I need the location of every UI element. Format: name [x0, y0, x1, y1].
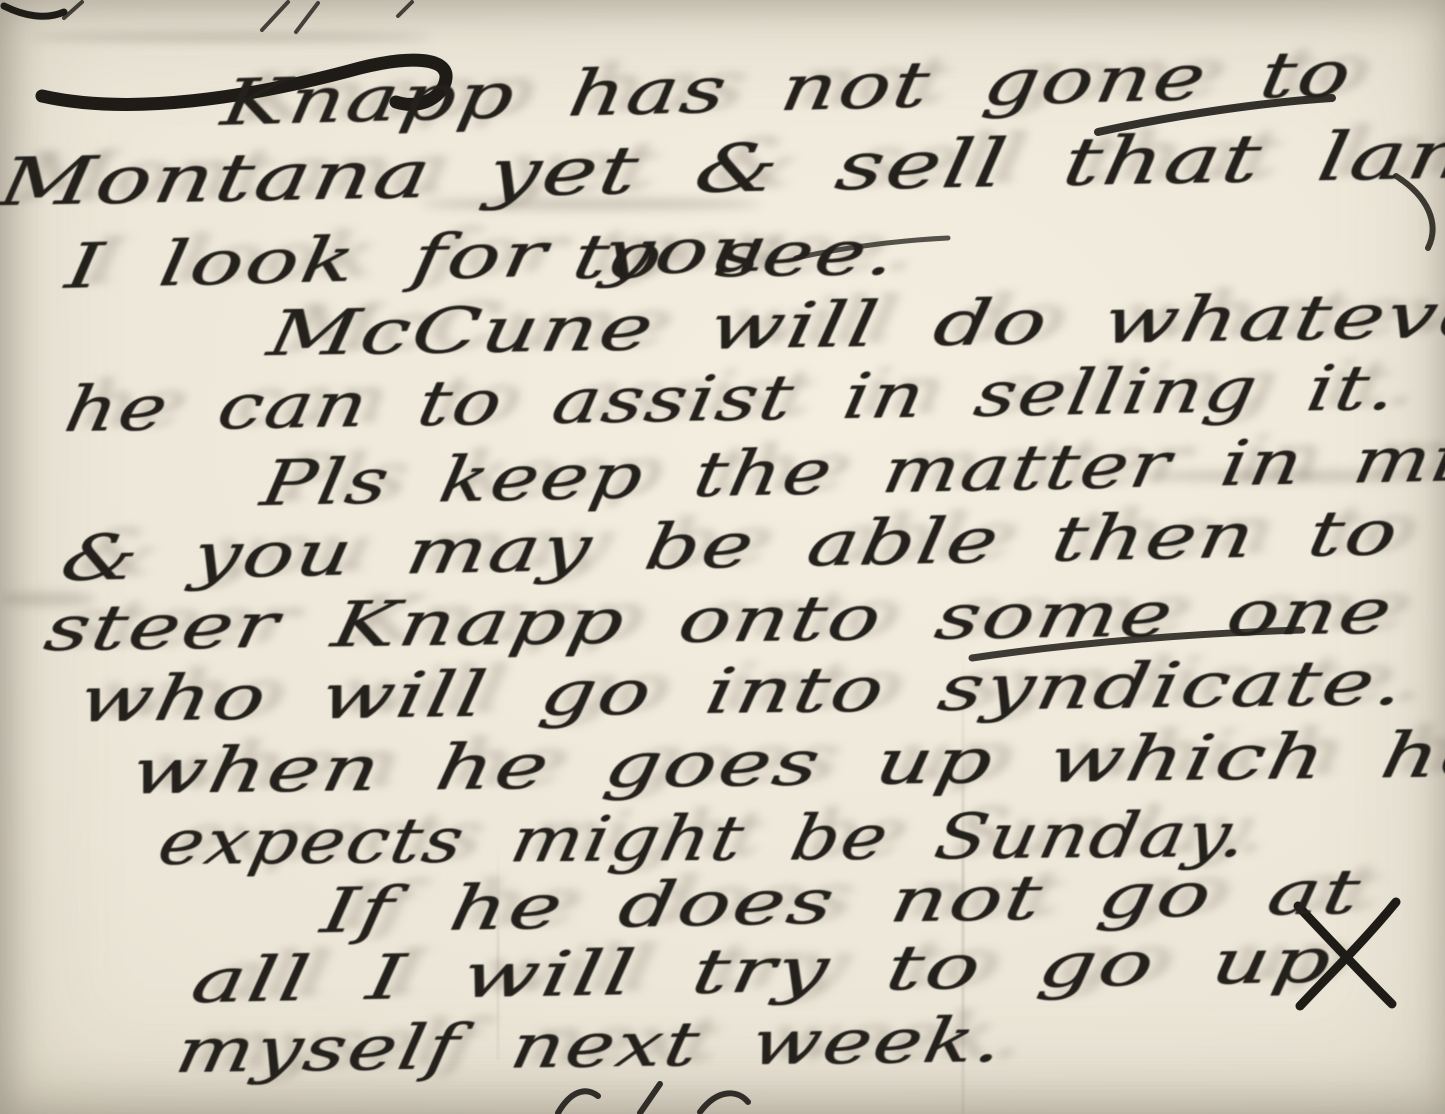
- edge-marks-top: [64, 2, 412, 32]
- handwritten-line-15: myself next week.: [171, 1009, 1010, 1082]
- handwritten-line-11: when he goes up which he: [126, 723, 1445, 803]
- edge-mark-top-corner: [4, 6, 64, 16]
- handwritten-line-4: to see.: [568, 222, 903, 288]
- handwritten-line-10: who will go into syndicate.: [74, 651, 1412, 731]
- letter-page: Knapp has not gone to Knapp has not gone…: [0, 0, 1445, 1114]
- bottom-cutoff-strokes: [558, 1084, 748, 1113]
